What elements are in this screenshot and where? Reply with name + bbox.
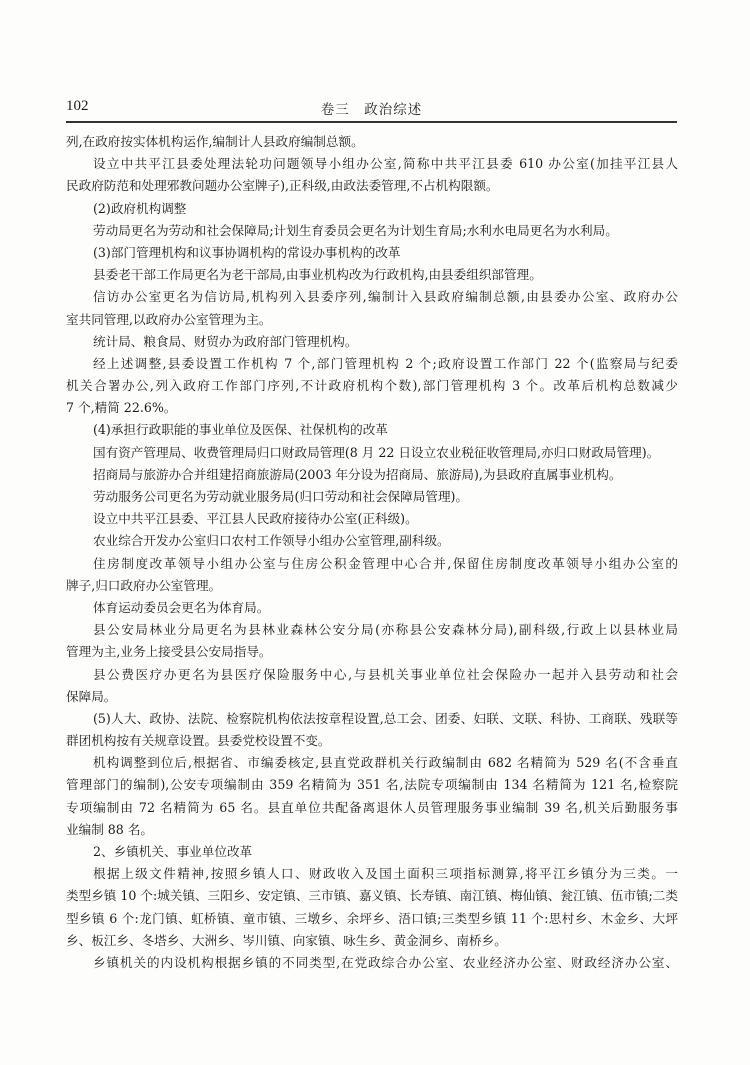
text-line: 乡、板江乡、冬塔乡、大洲乡、岑川镇、向家镇、咏生乡、黄金洞乡、南桥乡。 [66, 930, 678, 952]
section-heading: (2)政府机构调整 [66, 198, 678, 220]
section-heading: (4)承担行政职能的事业单位及医保、社保机构的改革 [66, 419, 678, 441]
text-line: 劳动局更名为劳动和社会保障局;计划生育委员会更名为计划生育局;水利水电局更名为水… [66, 220, 678, 242]
running-head: 102 卷三 政治综述 [66, 98, 677, 118]
text-line: 住房制度改革领导小组办公室与住房公积金管理中心合并,保留住房制度改革领导小组办公… [66, 553, 678, 575]
text-line: 信访办公室更名为信访局,机构列入县委序列,编制计入县政府编制总额,由县委办公室、… [66, 286, 678, 308]
text-line: 列,在政府按实体机构运作,编制计人县政府编制总额。 [66, 131, 678, 153]
text-line: 劳动服务公司更名为劳动就业服务局(归口劳动和社会保障局管理)。 [66, 486, 678, 508]
text-line: 县公费医疗办更名为县医疗保险服务中心,与县机关事业单位社会保险办一起并入县劳动和… [66, 664, 678, 686]
text-line: 统计局、粮食局、财贸办为政府部门管理机构。 [66, 331, 678, 353]
text-line: 业编制 88 名。 [66, 819, 678, 841]
text-line: 管理为主,业务上接受县公安局指导。 [66, 641, 678, 663]
text-line: 专项编制由 72 名精简为 65 名。县直单位共配备离退休人员管理服务事业编制 … [66, 797, 678, 819]
body-text: 列,在政府按实体机构运作,编制计人县政府编制总额。设立中共平江县委处理法轮功问题… [66, 131, 678, 974]
text-line: 机构调整到位后,根据省、市编委核定,县直党政群机关行政编制由 682 名精简为 … [66, 752, 678, 774]
section-heading: (3)部门管理机构和议事协调机构的常设办事机构的改革 [66, 242, 678, 264]
document-page: 102 卷三 政治综述 列,在政府按实体机构运作,编制计人县政府编制总额。设立中… [0, 0, 750, 1065]
text-line: 县公安局林业分局更名为县林业森林公安分局(亦称县公安森林分局),副科级,行政上以… [66, 619, 678, 641]
text-line: 设立中共平江县委处理法轮功问题领导小组办公室,简称中共平江县委 610 办公室(… [66, 153, 678, 175]
text-line: 牌子,归口政府办公室管理。 [66, 575, 678, 597]
text-line: (5)人大、政协、法院、检察院机构依法按章程设置,总工会、团委、妇联、文联、科协… [66, 708, 678, 730]
text-line: 型乡镇 6 个:龙门镇、虹桥镇、童市镇、三墩乡、余坪乡、浯口镇;三类型乡镇 11… [66, 908, 678, 930]
text-line: 保障局。 [66, 686, 678, 708]
text-line: 类型乡镇 10 个:城关镇、三阳乡、安定镇、三市镇、嘉义镇、长寿镇、南江镇、梅仙… [66, 885, 678, 907]
text-line: 乡镇机关的内设机构根据乡镇的不同类型,在党政综合办公室、农业经济办公室、财政经济… [66, 952, 678, 974]
text-line: 管理部门的编制),公安专项编制由 359 名精简为 351 名,法院专项编制由 … [66, 774, 678, 796]
text-line: 农业综合开发办公室归口农村工作领导小组办公室管理,副科级。 [66, 530, 678, 552]
text-line: 招商局与旅游办合并组建招商旅游局(2003 年分设为招商局、旅游局),为县政府直… [66, 464, 678, 486]
header-rule [66, 121, 677, 123]
text-line: 民政府防范和处理邪教问题办公室牌子),正科级,由政法委管理,不占机构限额。 [66, 175, 678, 197]
text-line: 群团机构按有关规章设置。县委党校设置不变。 [66, 730, 678, 752]
text-line: 设立中共平江县委、平江县人民政府接待办公室(正科级)。 [66, 508, 678, 530]
section-heading: 2、乡镇机关、事业单位改革 [66, 841, 678, 863]
text-line: 机关合署办公,列入政府工作部门序列,不计政府机构个数),部门管理机构 3 个。改… [66, 375, 678, 397]
text-line: 7 个,精简 22.6%。 [66, 397, 678, 419]
text-line: 国有资产管理局、收费管理局归口财政局管理(8 月 22 日设立农业税征收管理局,… [66, 442, 678, 464]
text-line: 经上述调整,县委设置工作机构 7 个,部门管理机构 2 个;政府设置工作部门 2… [66, 353, 678, 375]
text-line: 县委老干部工作局更名为老干部局,由事业机构改为行政机构,由县委组织部管理。 [66, 264, 678, 286]
text-line: 体育运动委员会更名为体育局。 [66, 597, 678, 619]
text-line: 室共同管理,以政府办公室管理为主。 [66, 309, 678, 331]
text-line: 根据上级文件精神,按照乡镇人口、财政收入及国土面积三项指标测算,将平江乡镇分为三… [66, 863, 678, 885]
running-title: 卷三 政治综述 [66, 98, 677, 118]
